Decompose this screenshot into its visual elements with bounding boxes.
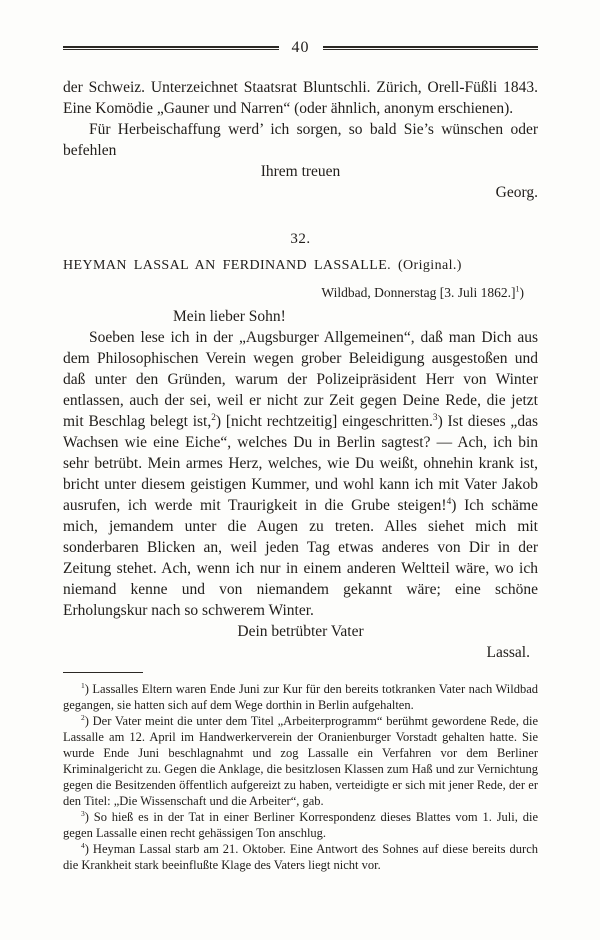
footnote-rule	[63, 672, 143, 673]
book-page: 40 der Schweiz. Unterzeichnet Staatsrat …	[0, 0, 600, 940]
letter-closing-prev: Ihrem treuen	[63, 161, 538, 182]
signature-georg: Georg.	[63, 182, 538, 203]
page-header: 40	[63, 40, 538, 56]
letter-number: 32.	[63, 229, 538, 250]
previous-letter-end: der Schweiz. Unterzeichnet Staatsrat Blu…	[63, 77, 538, 203]
paragraph: Für Herbeischaffung werd’ ich sorgen, so…	[63, 119, 538, 161]
letter-body: Soeben lese ich in der „Augsburger Allge…	[63, 327, 538, 621]
letter-32: 32. HEYMAN LASSAL AN FERDINAND LASSALLE.…	[63, 229, 538, 663]
paragraph-continuation: der Schweiz. Unterzeichnet Staatsrat Blu…	[63, 77, 538, 119]
footnote-4: 4) Heyman Lassal starb am 21. Oktober. E…	[63, 841, 538, 873]
footnote-3: 3) So hieß es in der Tat in einer Berlin…	[63, 809, 538, 841]
letter-title: HEYMAN LASSAL AN FERDINAND LASSALLE. (Or…	[63, 255, 538, 276]
header-rule-left	[63, 46, 279, 50]
footnote-1: 1) Lassalles Eltern waren Ende Juni zur …	[63, 681, 538, 713]
page-number: 40	[292, 40, 310, 56]
footnote-2: 2) Der Vater meint die unter dem Titel „…	[63, 713, 538, 809]
footnotes-section: 1) Lassalles Eltern waren Ende Juni zur …	[63, 672, 538, 873]
header-rule-right	[323, 46, 539, 50]
signature-lassal: Lassal.	[63, 642, 538, 663]
letter-dateline: Wildbad, Donnerstag [3. Juli 1862.]1)	[63, 282, 538, 303]
salutation: Mein lieber Sohn!	[63, 306, 538, 327]
letter-closing: Dein betrübter Vater	[63, 621, 538, 642]
